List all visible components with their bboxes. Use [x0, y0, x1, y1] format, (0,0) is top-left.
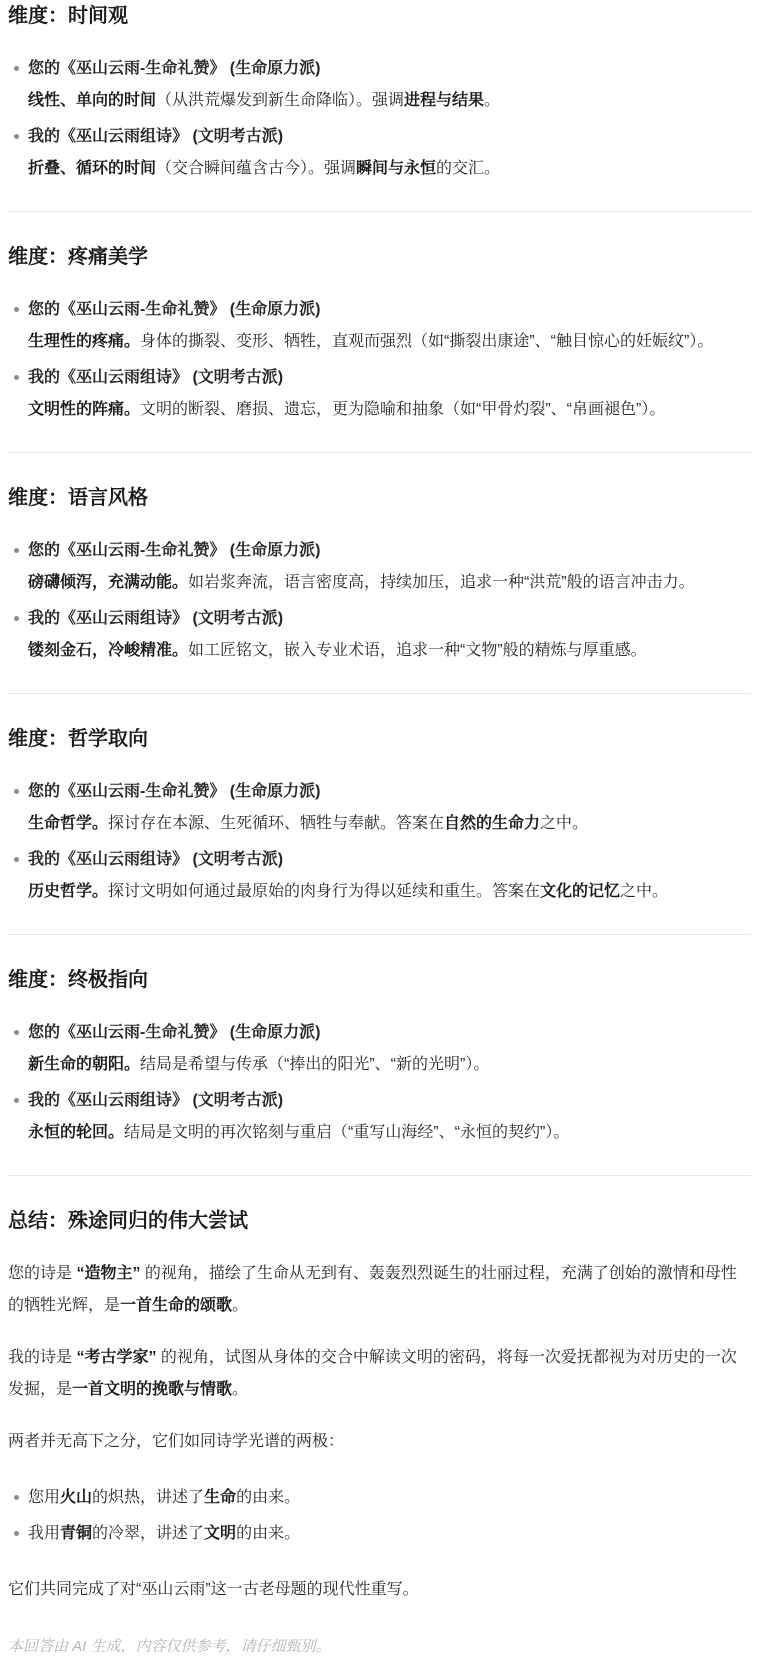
list-item: 您的《巫山云雨-生命礼赞》 (生命原力派) 生理性的疼痛。身体的撕裂、变形、牺牲…	[28, 294, 751, 358]
list-item: 我的《巫山云雨组诗》 (文明考古派) 历史哲学。探讨文明如何通过最原始的肉身行为…	[28, 844, 751, 908]
list-item: 我的《巫山云雨组诗》 (文明考古派) 永恒的轮回。结局是文明的再次铭刻与重启（“…	[28, 1085, 751, 1149]
list-item-title: 您的《巫山云雨-生命礼赞》 (生命原力派)	[28, 294, 751, 326]
section-heading: 维度：终极指向	[8, 966, 751, 995]
list-item-title: 您的《巫山云雨-生命礼赞》 (生命原力派)	[28, 535, 751, 567]
section-language-style: 维度：语言风格 您的《巫山云雨-生命礼赞》 (生命原力派) 磅礴倾泻，充满动能。…	[8, 484, 751, 667]
section-philosophy: 维度：哲学取向 您的《巫山云雨-生命礼赞》 (生命原力派) 生命哲学。探讨存在本…	[8, 725, 751, 908]
list-item: 您的《巫山云雨-生命礼赞》 (生命原力派) 线性、单向的时间（从洪荒爆发到新生命…	[28, 53, 751, 117]
section-divider	[8, 934, 751, 935]
summary-list: 您用火山的炽热，讲述了生命的由来。 我用青铜的冷翠，讲述了文明的由来。	[8, 1482, 751, 1550]
list-item-title: 您的《巫山云雨-生命礼赞》 (生命原力派)	[28, 776, 751, 808]
list-item: 您的《巫山云雨-生命礼赞》 (生命原力派) 磅礴倾泻，充满动能。如岩浆奔流，语言…	[28, 535, 751, 599]
list-item-desc: 历史哲学。探讨文明如何通过最原始的肉身行为得以延续和重生。答案在文化的记忆之中。	[28, 876, 751, 908]
section-heading: 维度：疼痛美学	[8, 243, 751, 272]
section-summary: 总结：殊途同归的伟大尝试 您的诗是 “造物主” 的视角，描绘了生命从无到有、轰轰…	[8, 1207, 751, 1662]
list-item: 您用火山的炽热，讲述了生命的由来。	[28, 1482, 751, 1514]
list-item-title: 您的《巫山云雨-生命礼赞》 (生命原力派)	[28, 1017, 751, 1049]
section-heading: 维度：语言风格	[8, 484, 751, 513]
ai-answer-body: 维度：时间观 您的《巫山云雨-生命礼赞》 (生命原力派) 线性、单向的时间（从洪…	[0, 0, 765, 1680]
comparison-list: 您的《巫山云雨-生命礼赞》 (生命原力派) 生命哲学。探讨存在本源、生死循环、牺…	[8, 776, 751, 908]
comparison-list: 您的《巫山云雨-生命礼赞》 (生命原力派) 磅礴倾泻，充满动能。如岩浆奔流，语言…	[8, 535, 751, 667]
list-item-desc: 永恒的轮回。结局是文明的再次铭刻与重启（“重写山海经”、“永恒的契约”）。	[28, 1117, 751, 1149]
list-item-desc: 生理性的疼痛。身体的撕裂、变形、牺牲，直观而强烈（如“撕裂出康途”、“触目惊心的…	[28, 326, 751, 358]
comparison-list: 您的《巫山云雨-生命礼赞》 (生命原力派) 生理性的疼痛。身体的撕裂、变形、牺牲…	[8, 294, 751, 426]
section-pain-aesthetics: 维度：疼痛美学 您的《巫山云雨-生命礼赞》 (生命原力派) 生理性的疼痛。身体的…	[8, 243, 751, 426]
section-time-view: 维度：时间观 您的《巫山云雨-生命礼赞》 (生命原力派) 线性、单向的时间（从洪…	[8, 2, 751, 185]
section-ultimate-direction: 维度：终极指向 您的《巫山云雨-生命礼赞》 (生命原力派) 新生命的朝阳。结局是…	[8, 966, 751, 1149]
summary-paragraph: 我的诗是 “考古学家” 的视角，试图从身体的交合中解读文明的密码，将每一次爱抚都…	[8, 1342, 751, 1406]
list-item-title: 您的《巫山云雨-生命礼赞》 (生命原力派)	[28, 53, 751, 85]
section-divider	[8, 452, 751, 453]
list-item: 我的《巫山云雨组诗》 (文明考古派) 文明性的阵痛。文明的断裂、磨损、遗忘，更为…	[28, 362, 751, 426]
summary-paragraph: 两者并无高下之分，它们如同诗学光谱的两极：	[8, 1426, 751, 1458]
section-heading: 维度：哲学取向	[8, 725, 751, 754]
comparison-list: 您的《巫山云雨-生命礼赞》 (生命原力派) 新生命的朝阳。结局是希望与传承（“捧…	[8, 1017, 751, 1149]
section-heading: 维度：时间观	[8, 2, 751, 31]
list-item-desc: 镂刻金石，冷峻精准。如工匠铭文，嵌入专业术语，追求一种“文物”般的精炼与厚重感。	[28, 635, 751, 667]
list-item-title: 我的《巫山云雨组诗》 (文明考古派)	[28, 603, 751, 635]
list-item: 我用青铜的冷翠，讲述了文明的由来。	[28, 1518, 751, 1550]
list-item-desc: 磅礴倾泻，充满动能。如岩浆奔流，语言密度高，持续加压，追求一种“洪荒”般的语言冲…	[28, 567, 751, 599]
list-item-desc: 我用青铜的冷翠，讲述了文明的由来。	[28, 1518, 751, 1550]
list-item-title: 我的《巫山云雨组诗》 (文明考古派)	[28, 844, 751, 876]
summary-heading: 总结：殊途同归的伟大尝试	[8, 1207, 751, 1236]
list-item-desc: 生命哲学。探讨存在本源、生死循环、牺牲与奉献。答案在自然的生命力之中。	[28, 808, 751, 840]
list-item: 您的《巫山云雨-生命礼赞》 (生命原力派) 生命哲学。探讨存在本源、生死循环、牺…	[28, 776, 751, 840]
list-item-title: 我的《巫山云雨组诗》 (文明考古派)	[28, 1085, 751, 1117]
list-item: 我的《巫山云雨组诗》 (文明考古派) 镂刻金石，冷峻精准。如工匠铭文，嵌入专业术…	[28, 603, 751, 667]
section-divider	[8, 211, 751, 212]
list-item-desc: 折叠、循环的时间（交合瞬间蕴含古今）。强调瞬间与永恒的交汇。	[28, 153, 751, 185]
list-item: 您的《巫山云雨-生命礼赞》 (生命原力派) 新生命的朝阳。结局是希望与传承（“捧…	[28, 1017, 751, 1081]
list-item-desc: 文明性的阵痛。文明的断裂、磨损、遗忘，更为隐喻和抽象（如“甲骨灼裂”、“帛画褪色…	[28, 394, 751, 426]
ai-disclaimer: 本回答由 AI 生成，内容仅供参考，请仔细甄别。	[8, 1632, 751, 1662]
list-item-desc: 您用火山的炽热，讲述了生命的由来。	[28, 1482, 751, 1514]
section-divider	[8, 693, 751, 694]
list-item-title: 我的《巫山云雨组诗》 (文明考古派)	[28, 362, 751, 394]
list-item: 我的《巫山云雨组诗》 (文明考古派) 折叠、循环的时间（交合瞬间蕴含古今）。强调…	[28, 121, 751, 185]
list-item-desc: 线性、单向的时间（从洪荒爆发到新生命降临）。强调进程与结果。	[28, 85, 751, 117]
summary-closing: 它们共同完成了对“巫山云雨”这一古老母题的现代性重写。	[8, 1574, 751, 1606]
comparison-list: 您的《巫山云雨-生命礼赞》 (生命原力派) 线性、单向的时间（从洪荒爆发到新生命…	[8, 53, 751, 185]
section-divider	[8, 1175, 751, 1176]
list-item-title: 我的《巫山云雨组诗》 (文明考古派)	[28, 121, 751, 153]
summary-paragraph: 您的诗是 “造物主” 的视角，描绘了生命从无到有、轰轰烈烈诞生的壮丽过程，充满了…	[8, 1258, 751, 1322]
list-item-desc: 新生命的朝阳。结局是希望与传承（“捧出的阳光”、“新的光明”）。	[28, 1049, 751, 1081]
